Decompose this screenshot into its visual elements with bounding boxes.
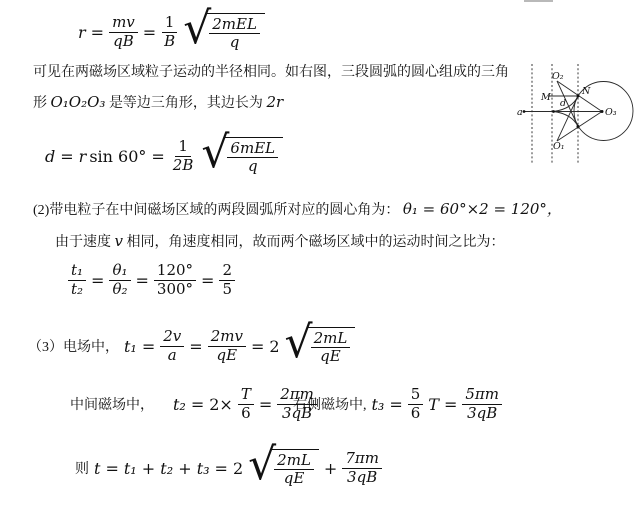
fraction-7pim-3qB: 7πm 3qB <box>342 450 382 486</box>
equals-sign: = <box>105 459 118 478</box>
math-var-r: r <box>79 147 87 166</box>
fraction-120-300: 120° 300° <box>154 262 196 298</box>
fraction-5pim-3qB: 5πm 3qB <box>462 386 502 422</box>
plus-sign: + <box>324 459 337 478</box>
equals-sign: = <box>136 271 149 290</box>
equals-sign: = <box>91 23 104 42</box>
fraction-2mL-qE: 2mL qE <box>311 330 351 366</box>
denominator: 6 <box>408 405 424 422</box>
numerator: θ₁ <box>109 262 130 280</box>
fraction-mv-qB: mv qB <box>109 14 138 50</box>
formula-total-time: 则 t = t₁ + t₂ + t₃ = 2 √ 2mL qE + 7πm 3q… <box>75 442 382 494</box>
numerator: 6mEL <box>227 140 278 158</box>
numerator: 2mL <box>311 330 351 348</box>
fraction-2-5: 2 5 <box>219 262 235 298</box>
point-O3 <box>601 110 604 113</box>
denominator: B <box>161 33 178 50</box>
denominator: 3qB <box>344 469 380 486</box>
equals-sign: = <box>189 337 202 356</box>
numerator: 2v <box>160 328 184 346</box>
denominator: qE <box>281 470 308 487</box>
label-a: a <box>517 107 523 118</box>
denominator: 5 <box>219 281 235 298</box>
numerator: mv <box>109 14 138 32</box>
equals-sign: = <box>389 395 402 414</box>
label-electric-field: （3）电场中， <box>28 336 119 356</box>
label-M: M <box>540 92 551 103</box>
equals-sign: = <box>215 459 228 478</box>
formula-t1: （3）电场中， t₁ = 2v a = 2mv qE = 2 √ 2mL qE <box>28 322 355 370</box>
label-O3: O₃ <box>605 107 617 118</box>
text-run: 相同，角速度相同，故而两个磁场区域中的运动时间之比为： <box>126 235 504 250</box>
denominator: qE <box>214 347 241 364</box>
fraction-1-B: 1 B <box>161 14 178 50</box>
square-root: √ 6mEL q <box>201 137 283 176</box>
numerator: 2mL <box>274 452 314 470</box>
math-O1O2O3: O₁O₂O₃ <box>51 93 106 111</box>
math-var-t3: t₃ <box>372 395 385 414</box>
denominator: 300° <box>154 281 196 298</box>
math-var-d: d <box>45 147 55 166</box>
fraction-6mEL-q: 6mEL q <box>227 140 278 176</box>
text-run: 可见在两磁场区域粒子运动的半径相同。如右图，三段圆弧的圆心组成的三角 <box>33 65 509 80</box>
text-run: 由于速度 <box>55 235 111 250</box>
math-2r: 2r <box>266 93 283 111</box>
square-root: √ 2mL qE <box>248 449 319 488</box>
numerator: 7πm <box>342 450 382 468</box>
numerator: t₁ <box>68 262 86 280</box>
math-sin60: sin 60° <box>89 147 146 166</box>
scan-artifact-line <box>524 0 553 2</box>
equals-sign: = <box>444 395 457 414</box>
formula-t3: 右侧磁场中, t₃ = 5 6 T = 5πm 3qB <box>293 382 502 426</box>
denominator: t₂ <box>68 281 86 298</box>
numerator: 5πm <box>462 386 502 404</box>
radicand: 2mL qE <box>308 327 356 366</box>
trajectory-diagram: O₂ M N d a O₃ O₁ <box>515 58 642 170</box>
denominator: qE <box>317 348 344 365</box>
point-bottom <box>577 125 580 128</box>
physics-solution-page: { "symbols": { "eq": "=", "plus": "+", "… <box>0 0 642 509</box>
denominator: q <box>245 158 261 175</box>
fraction-5-6: 5 6 <box>408 386 424 422</box>
math-sum-t123: t₁ + t₂ + t₃ <box>124 459 210 478</box>
equals-sign: = <box>151 147 164 166</box>
numerator: 2mEL <box>209 16 260 34</box>
label-O1: O₁ <box>553 141 565 152</box>
formula-d: d = r sin 60° = 1 2B √ 6mEL q <box>45 132 283 180</box>
math-var-T: T <box>428 395 439 414</box>
math-var-r: r <box>78 23 86 42</box>
math-var-t: t <box>94 459 100 478</box>
fraction-2v-a: 2v a <box>160 328 184 364</box>
equals-sign: = <box>191 395 204 414</box>
equals-sign: = <box>60 147 73 166</box>
numerator: 1 <box>162 14 178 32</box>
fraction-2mv-qE: 2mv qE <box>208 328 246 364</box>
square-root: √ 2mL qE <box>285 327 356 366</box>
radicand: 6mEL q <box>224 137 283 176</box>
denominator: qB <box>110 33 137 50</box>
numerator: 2mv <box>208 328 246 346</box>
denominator: 3qB <box>464 405 500 422</box>
paragraph-line-1: 可见在两磁场区域粒子运动的半径相同。如右图，三段圆弧的圆心组成的三角 <box>33 61 509 81</box>
text-run: 形 <box>33 96 47 111</box>
equals-sign: = <box>91 271 104 290</box>
equals-sign: = <box>142 337 155 356</box>
point-entry <box>552 110 555 113</box>
denominator: θ₂ <box>109 281 130 298</box>
math-var-v: v <box>115 232 123 250</box>
radicand: 2mEL q <box>206 13 265 52</box>
paragraph-part2: (2)带电粒子在中间磁场区域的两段圆弧所对应的圆心角为： θ₁ = 60°×2 … <box>33 198 562 219</box>
numerator: 1 <box>175 138 191 156</box>
denominator: q <box>227 34 243 51</box>
fraction-1-2B: 1 2B <box>170 138 197 174</box>
point-a <box>523 110 526 113</box>
paragraph-line-2: 形 O₁O₂O₃ 是等边三角形，其边长为 2r <box>33 92 283 112</box>
fraction-t1-t2: t₁ t₂ <box>68 262 86 298</box>
label-O2: O₂ <box>552 71 564 82</box>
formula-t2: 中间磁场中， t₂ = 2× T 6 = 2πm 3qB <box>70 382 317 426</box>
formula-radius: r = mv qB = 1 B √ 2mEL q <box>78 8 265 56</box>
equals-sign: = <box>251 337 264 356</box>
denominator: 2B <box>170 157 197 174</box>
point-N <box>577 95 580 98</box>
text-run: (2)带电粒子在中间磁场区域的两段圆弧所对应的圆心角为： <box>33 203 399 218</box>
numerator: 120° <box>154 262 196 280</box>
fraction-2mEL-q: 2mEL q <box>209 16 260 52</box>
equals-sign: = <box>143 23 156 42</box>
fraction-2mL-qE: 2mL qE <box>274 452 314 488</box>
coefficient-2x: 2× <box>209 395 233 414</box>
numerator: 5 <box>408 386 424 404</box>
text-run: 是等边三角形，其边长为 <box>109 96 263 111</box>
equals-sign: = <box>259 395 272 414</box>
label-N: N <box>581 86 591 97</box>
denominator: a <box>165 347 180 364</box>
paragraph-reasoning: 由于速度 v 相同，角速度相同，故而两个磁场区域中的运动时间之比为： <box>55 231 504 251</box>
fraction-theta1-theta2: θ₁ θ₂ <box>109 262 130 298</box>
label-d: d <box>560 98 566 109</box>
fraction-T-6: T 6 <box>238 386 254 422</box>
label-then: 则 <box>75 458 89 478</box>
math-theta1-equation: θ₁ = 60°×2 = 120°， <box>403 200 562 218</box>
math-var-t2: t₂ <box>173 395 186 414</box>
radicand: 2mL qE <box>271 449 319 488</box>
formula-time-ratio: t₁ t₂ = θ₁ θ₂ = 120° 300° = 2 5 <box>68 260 235 300</box>
label-middle-field: 中间磁场中， <box>70 394 154 414</box>
coefficient-2: 2 <box>233 459 243 478</box>
denominator: 6 <box>238 405 254 422</box>
square-root: √ 2mEL q <box>183 13 265 52</box>
numerator: 2 <box>219 262 235 280</box>
math-var-t1: t₁ <box>124 337 137 356</box>
numerator: T <box>238 386 254 404</box>
coefficient-2: 2 <box>269 337 279 356</box>
equals-sign: = <box>201 271 214 290</box>
label-right-field: 右侧磁场中, <box>293 394 367 414</box>
